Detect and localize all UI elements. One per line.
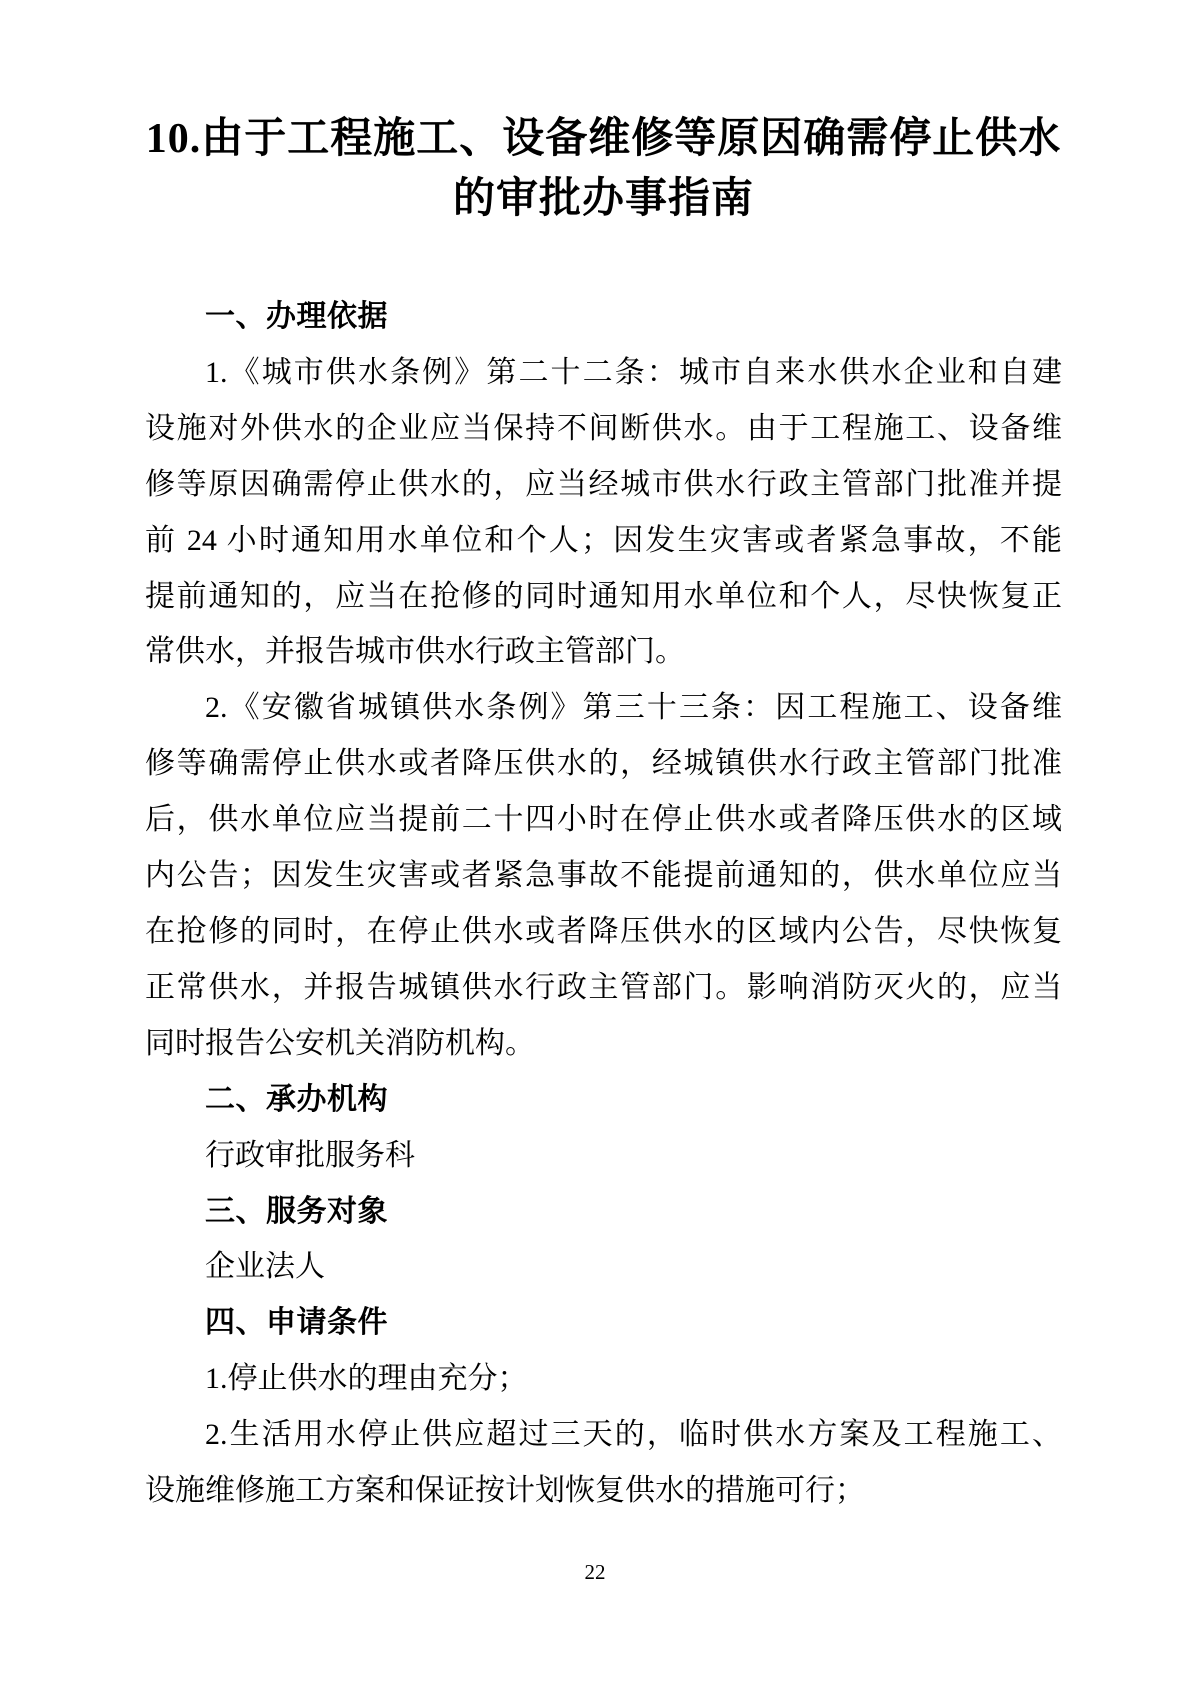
paragraph-line: 1.《城市供水条例》第二十二条：城市自来水供水企业和自建 <box>145 345 1062 401</box>
section-heading-4: 四、申请条件 <box>145 1295 1062 1351</box>
document-page: 10.由于工程施工、设备维修等原因确需停止供水 的审批办事指南 一、办理依据 1… <box>0 0 1190 1684</box>
section-heading-2: 二、承办机构 <box>145 1072 1062 1128</box>
paragraph-line: 正常供水，并报告城镇供水行政主管部门。影响消防灭火的，应当 <box>145 960 1062 1016</box>
paragraph-line: 常供水，并报告城市供水行政主管部门。 <box>145 624 1062 680</box>
paragraph-line: 1.停止供水的理由充分； <box>145 1351 1062 1407</box>
paragraph-line: 2.生活用水停止供应超过三天的，临时供水方案及工程施工、 <box>145 1407 1062 1463</box>
paragraph-line: 设施对外供水的企业应当保持不间断供水。由于工程施工、设备维 <box>145 401 1062 457</box>
paragraph: 1.《城市供水条例》第二十二条：城市自来水供水企业和自建 设施对外供水的企业应当… <box>145 345 1062 680</box>
section-heading-1: 一、办理依据 <box>145 289 1062 345</box>
paragraph-line: 前 24 小时通知用水单位和个人；因发生灾害或者紧急事故，不能 <box>145 513 1062 569</box>
paragraph: 企业法人 <box>145 1239 1062 1295</box>
paragraph-line: 2.《安徽省城镇供水条例》第三十三条：因工程施工、设备维 <box>145 680 1062 736</box>
paragraph-line: 设施维修施工方案和保证按计划恢复供水的措施可行； <box>145 1463 1062 1519</box>
document-title: 10.由于工程施工、设备维修等原因确需停止供水 的审批办事指南 <box>145 0 1062 229</box>
paragraph-line: 提前通知的，应当在抢修的同时通知用水单位和个人，尽快恢复正 <box>145 569 1062 625</box>
paragraph: 1.停止供水的理由充分； <box>145 1351 1062 1407</box>
paragraph-line: 修等确需停止供水或者降压供水的，经城镇供水行政主管部门批准 <box>145 736 1062 792</box>
paragraph-line: 企业法人 <box>145 1239 1062 1295</box>
paragraph: 2.《安徽省城镇供水条例》第三十三条：因工程施工、设备维 修等确需停止供水或者降… <box>145 680 1062 1071</box>
paragraph-line: 在抢修的同时，在停止供水或者降压供水的区域内公告，尽快恢复 <box>145 904 1062 960</box>
section-heading-3: 三、服务对象 <box>145 1184 1062 1240</box>
paragraph-line: 内公告；因发生灾害或者紧急事故不能提前通知的，供水单位应当 <box>145 848 1062 904</box>
page-number: 22 <box>0 1557 1190 1587</box>
paragraph-line: 修等原因确需停止供水的，应当经城市供水行政主管部门批准并提 <box>145 457 1062 513</box>
paragraph-line: 行政审批服务科 <box>145 1128 1062 1184</box>
document-body: 一、办理依据 1.《城市供水条例》第二十二条：城市自来水供水企业和自建 设施对外… <box>145 289 1062 1519</box>
document-title-line-1: 10.由于工程施工、设备维修等原因确需停止供水 <box>145 109 1062 169</box>
paragraph-line: 后，供水单位应当提前二十四小时在停止供水或者降压供水的区域 <box>145 792 1062 848</box>
paragraph: 行政审批服务科 <box>145 1128 1062 1184</box>
document-title-line-2: 的审批办事指南 <box>145 169 1062 229</box>
paragraph: 2.生活用水停止供应超过三天的，临时供水方案及工程施工、 设施维修施工方案和保证… <box>145 1407 1062 1519</box>
paragraph-line: 同时报告公安机关消防机构。 <box>145 1016 1062 1072</box>
